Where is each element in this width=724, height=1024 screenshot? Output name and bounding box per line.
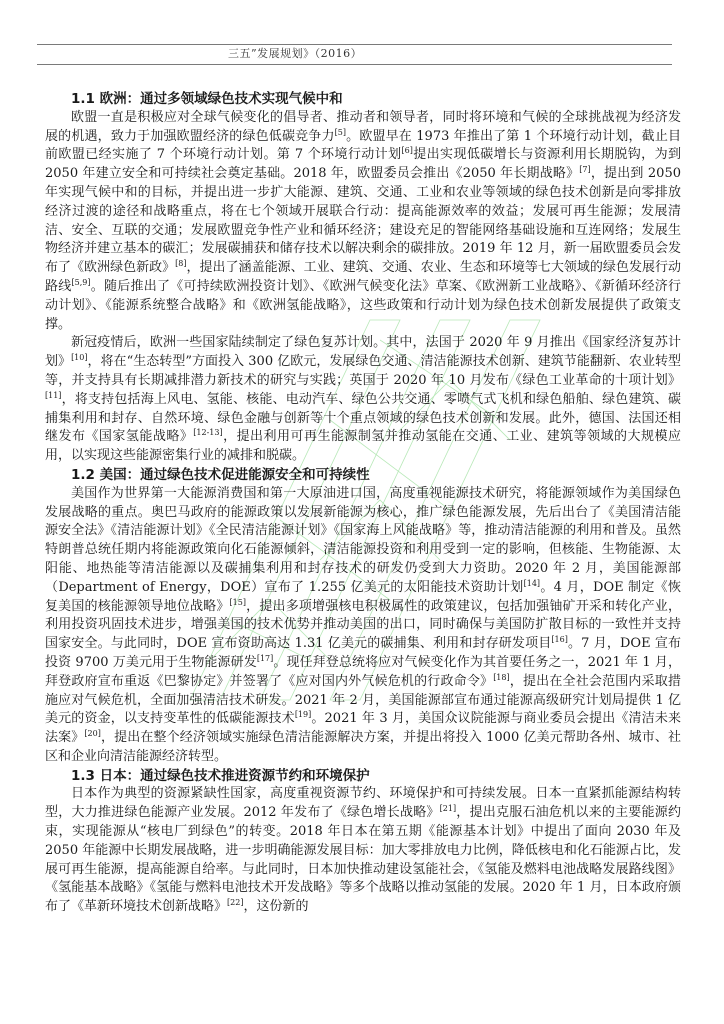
header-bottom-rule [37,64,672,65]
running-header: 三五”发展规划》（2016） [228,46,362,62]
citation-reference[interactable]: [5] [335,128,346,137]
paragraph-text: 美国作为世界第一大能源消费国和第一大原油进口国，高度重视能源技术研究，将能源领域… [45,486,681,595]
paragraph-text: ，提出克服石油危机以来的主要能源约束，实现能源从“核电厂到绿色”的转变。2018… [45,805,681,914]
citation-reference[interactable]: [17] [257,654,273,663]
header-top-rule [37,44,672,45]
citation-reference[interactable]: [5,9] [72,278,91,287]
paragraph-text: ，将在“生态转型”方面投入 300 亿欧元，发展绿色交通、清洁能源技术创新、建筑… [45,354,681,388]
citation-reference[interactable]: [7] [579,165,590,174]
citation-reference[interactable]: [14] [524,579,540,588]
paragraph-text: ，这份新的 [243,899,308,914]
citation-reference[interactable]: [16] [551,635,567,644]
document-body: 1.1 欧洲：通过多领域绿色技术实现气候中和欧盟一直是积极应对全球气候变化的倡导… [45,90,681,917]
body-paragraph: 欧盟一直是积极应对全球气候变化的倡导者、推动者和领导者，同时将环境和气候的全球挑… [45,109,681,335]
paragraph-text: ，提出在整个经济领域实施绿色清洁能源解决方案，并提出将投入 1000 亿美元帮助… [45,730,681,764]
body-paragraph: 美国作为世界第一大能源消费国和第一大原油进口国，高度重视能源技术研究，将能源领域… [45,485,681,767]
citation-reference[interactable]: [12-13] [193,428,222,437]
paragraph-text: ，提出到 2050 年实现气候中和的目标，并提出进一步扩大能源、建筑、交通、工业… [45,166,681,275]
citation-reference[interactable]: [10] [71,353,87,362]
citation-reference[interactable]: [18] [493,673,509,682]
citation-reference[interactable]: [15] [230,598,246,607]
section-heading: 1.1 欧洲：通过多领域绿色技术实现气候中和 [45,90,681,109]
citation-reference[interactable]: [19] [295,710,311,719]
section-heading: 1.2 美国：通过绿色技术促进能源安全和可持续性 [45,466,681,485]
citation-reference[interactable]: [20] [84,729,100,738]
paragraph-text: 。随后推出了《可持续欧洲投资计划》、《欧洲气候变化法》草案、《欧洲新工业战略》、… [45,279,681,332]
citation-reference[interactable]: [6] [401,146,412,155]
body-paragraph: 新冠疫情后，欧洲一些国家陆续制定了绿色复苏计划。其中，法国于 2020 年 9 … [45,334,681,466]
citation-reference[interactable]: [8] [175,259,186,268]
citation-reference[interactable]: [22] [227,898,243,907]
citation-reference[interactable]: [11] [45,391,61,400]
body-paragraph: 日本作为典型的资源紧缺性国家，高度重视资源节约、环境保护和可持续发展。日本一直紧… [45,785,681,917]
citation-reference[interactable]: [21] [440,804,456,813]
section-heading: 1.3 日本：通过绿色技术推进资源节约和环境保护 [45,767,681,786]
